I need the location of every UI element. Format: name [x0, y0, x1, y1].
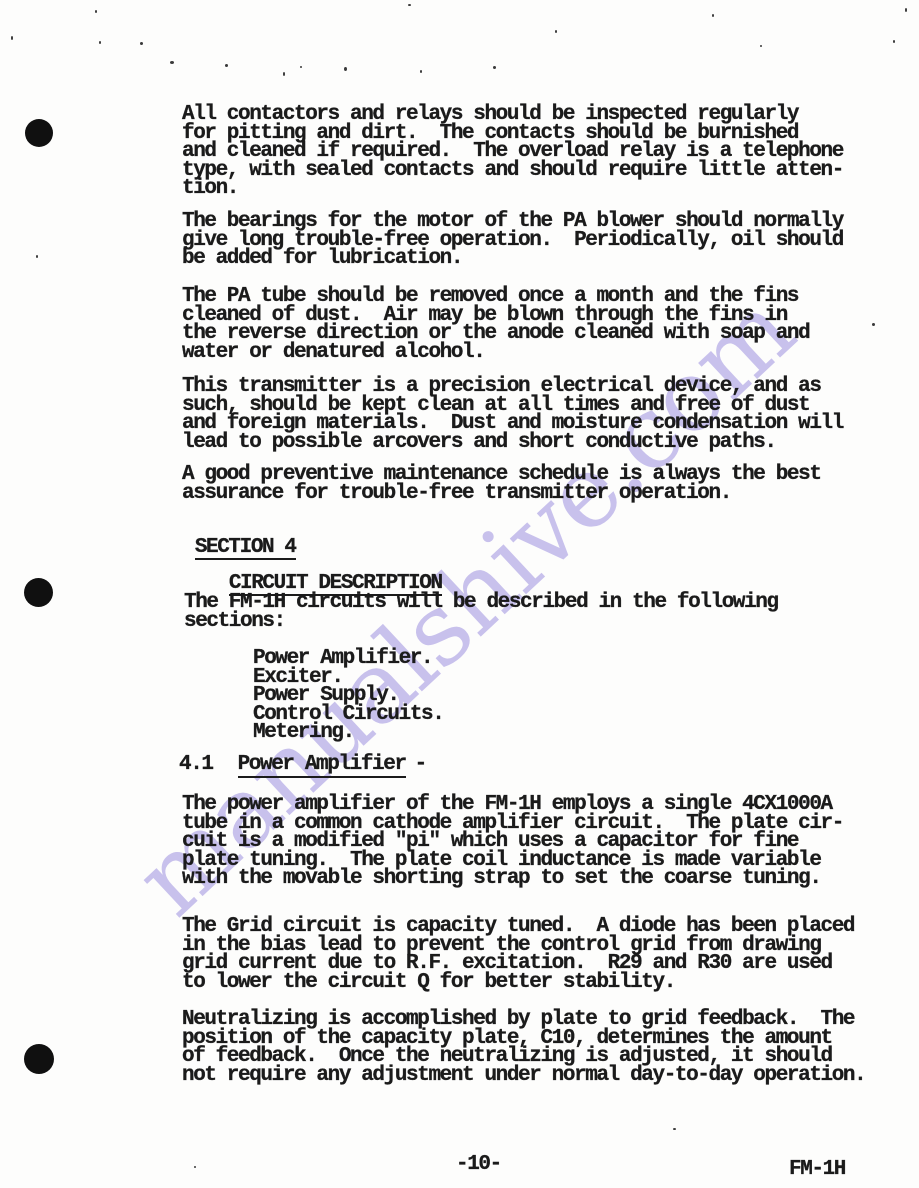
scanned-manual-page: manualshive.com All contactors and relay…: [0, 0, 919, 1188]
scan-speck: [36, 255, 38, 258]
scan-speck: [283, 72, 285, 76]
punch-hole-middle: [24, 578, 53, 607]
heading-4-1-number: 4.1: [179, 756, 213, 775]
scan-speck: [225, 64, 228, 67]
scan-speck: [673, 1128, 676, 1130]
scan-speck: [11, 36, 13, 40]
scan-speck: [95, 10, 97, 13]
scan-speck: [712, 14, 714, 17]
punch-hole-bottom: [24, 1044, 54, 1074]
heading-4-1-title: Power Amplifier: [238, 756, 406, 778]
page-number: -10-: [456, 1156, 501, 1175]
scan-speck: [420, 70, 422, 73]
paragraph-pa-tube: The PA tube should be removed once a mon…: [182, 288, 809, 362]
scan-speck: [555, 30, 557, 33]
paragraph-grid-circuit: The Grid circuit is capacity tuned. A di…: [182, 918, 854, 992]
heading-4-1-suffix: -: [415, 756, 426, 775]
paragraph-precision: This transmitter is a precision electric…: [182, 378, 843, 452]
heading-4-1: 4.1 Power Amplifier -: [179, 756, 426, 778]
scan-speck: [140, 42, 143, 45]
scan-speck: [344, 67, 347, 71]
scan-speck: [300, 66, 302, 68]
paragraph-preventive: A good preventive maintenance schedule i…: [182, 466, 821, 503]
scan-speck: [905, 8, 907, 12]
paragraph-intro: The FM-1H circuits will be described in …: [184, 594, 778, 631]
sections-list: Power Amplifier. Exciter. Power Supply. …: [253, 650, 443, 743]
scan-speck: [493, 66, 496, 69]
doc-reference: FM-1H: [789, 1161, 845, 1180]
scan-speck: [99, 41, 101, 44]
scan-speck: [893, 40, 895, 43]
punch-hole-top: [25, 119, 53, 147]
scan-speck: [872, 323, 875, 326]
paragraph-power-amp: The power amplifier of the FM-1H employs…: [182, 796, 843, 889]
scan-speck: [408, 4, 411, 6]
scan-speck: [194, 1166, 196, 1168]
scan-speck: [170, 61, 174, 64]
paragraph-bearings: The bearings for the motor of the PA blo…: [182, 213, 843, 269]
paragraph-neutralizing: Neutralizing is accomplished by plate to…: [182, 1011, 865, 1085]
scan-speck: [760, 45, 762, 47]
paragraph-contactors: All contactors and relays should be insp…: [182, 106, 843, 199]
